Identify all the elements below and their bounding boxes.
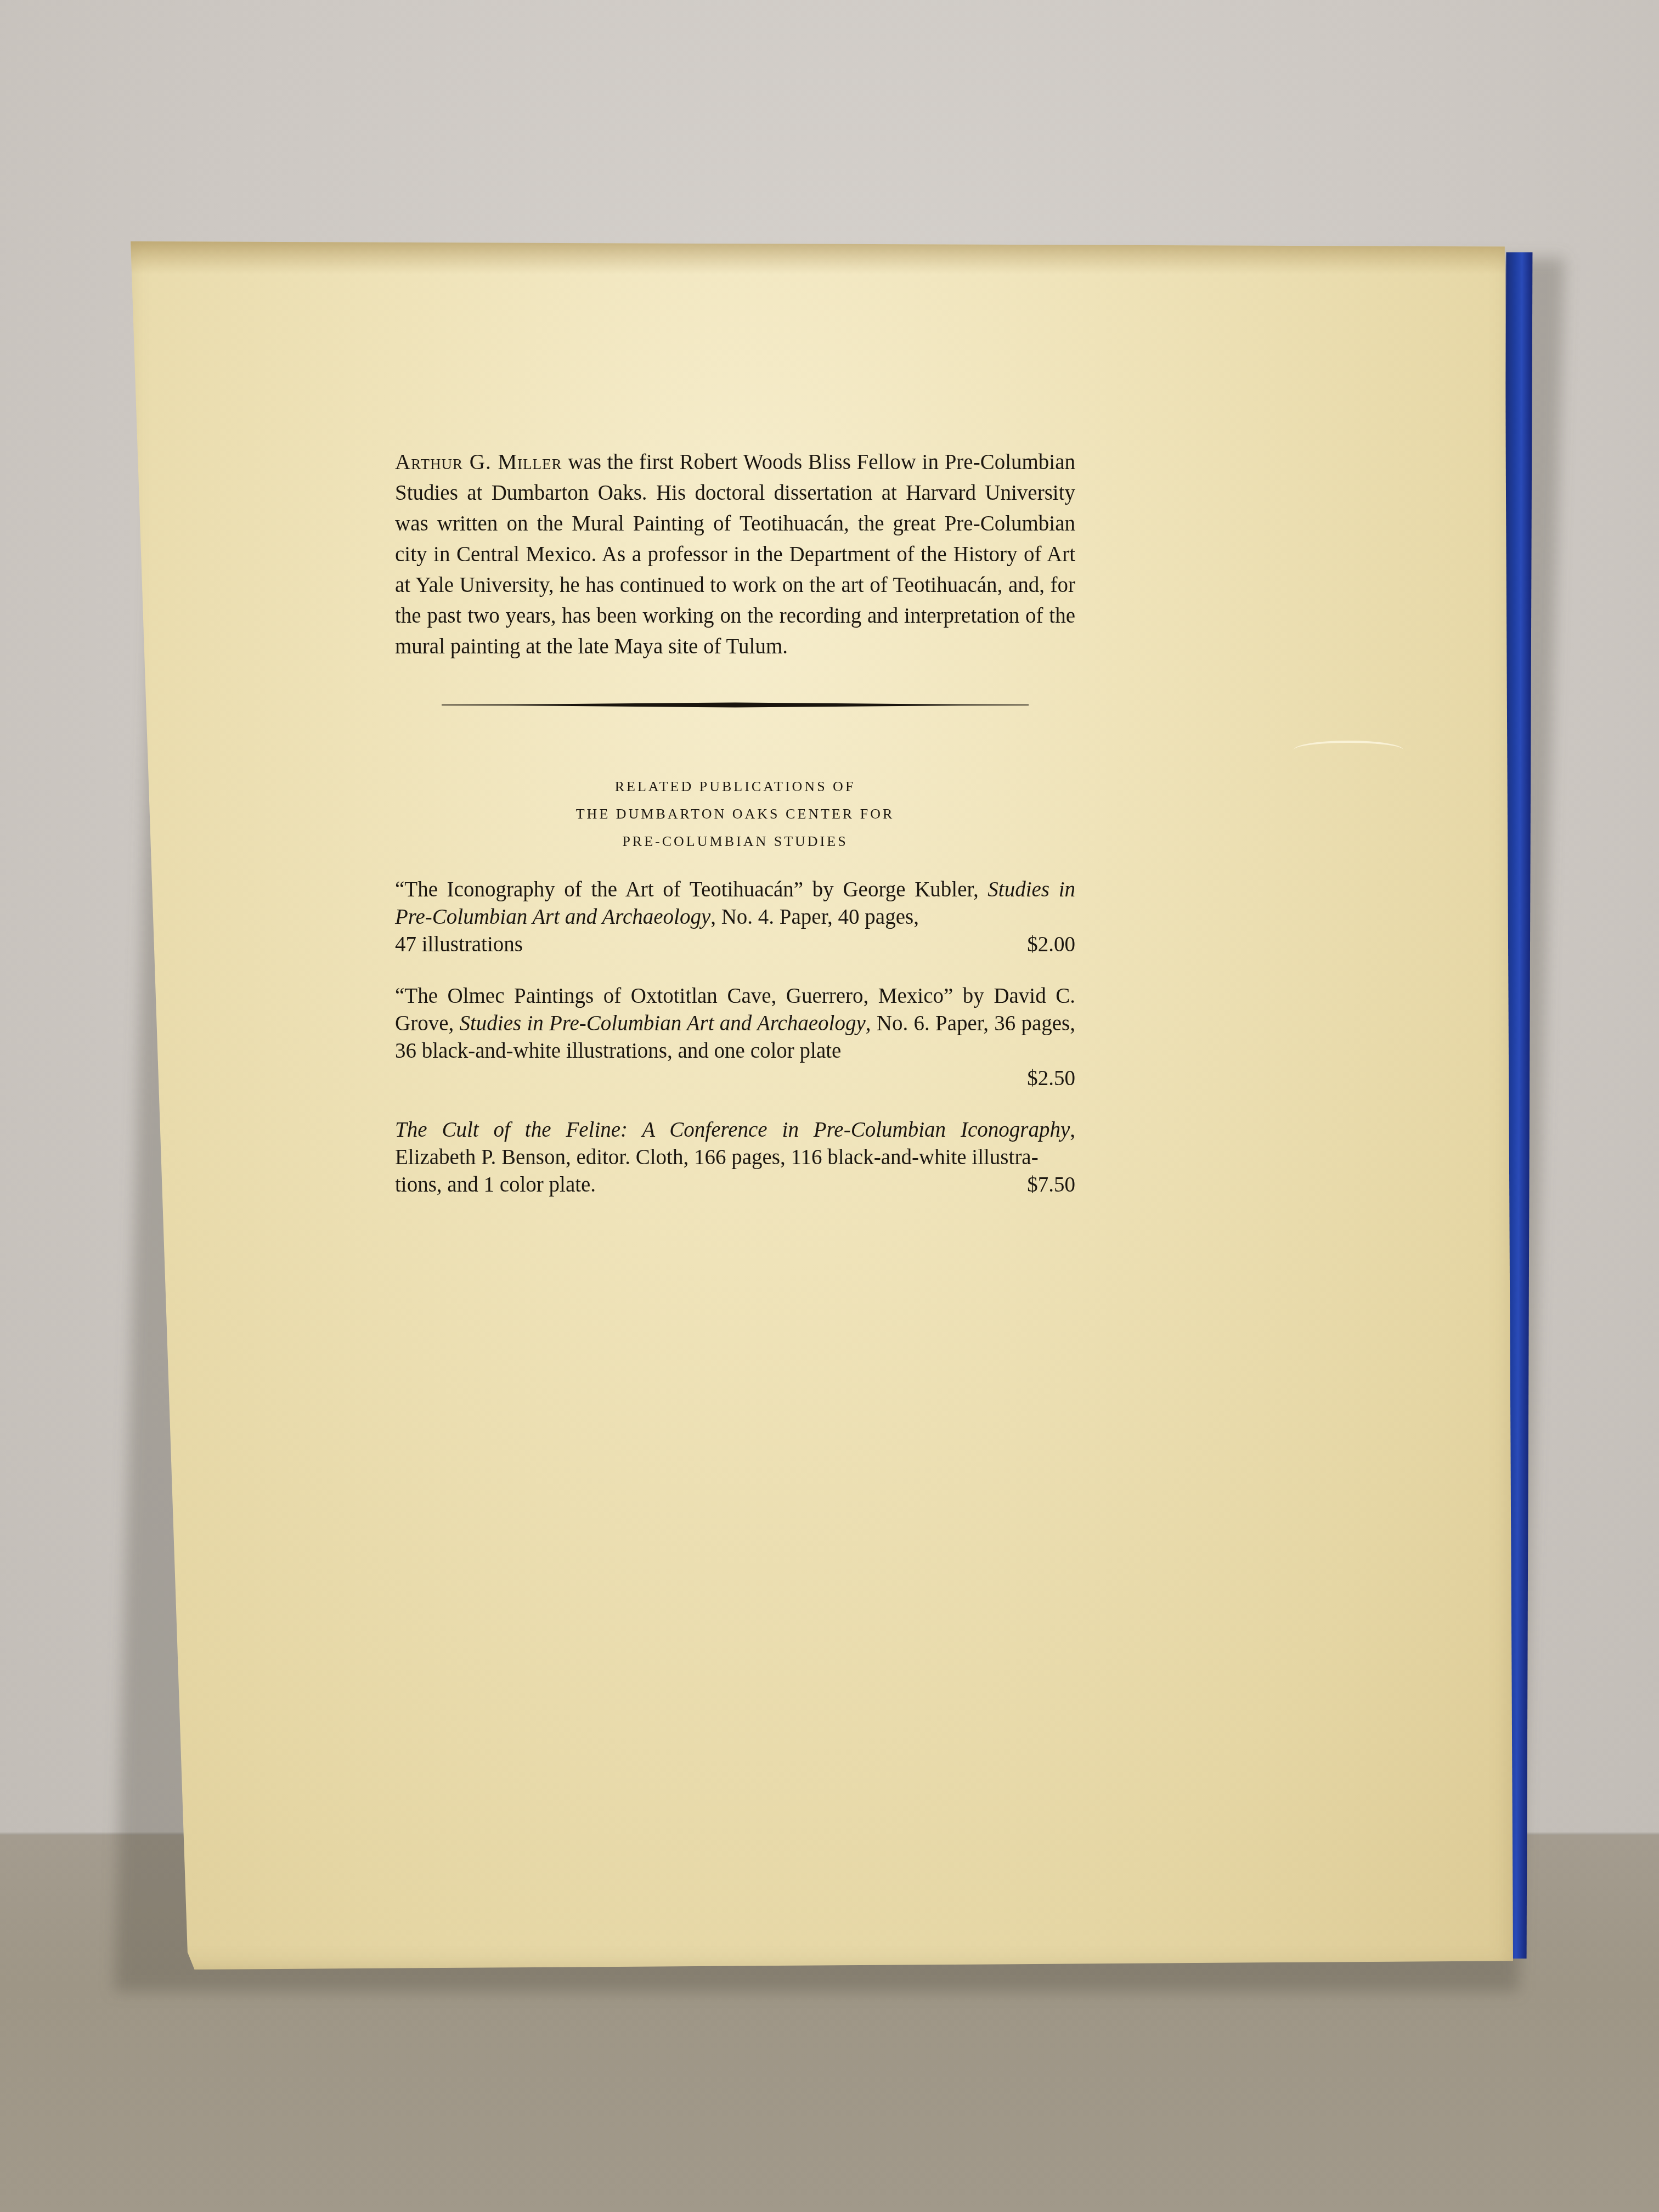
author-name: Arthur G. Miller: [395, 450, 562, 474]
ornamental-divider: [442, 702, 1029, 708]
author-bio-text: was the first Robert Woods Bliss Fellow …: [395, 450, 1075, 658]
publication-details: , No. 4. Paper, 40 pages,: [710, 905, 919, 929]
heading-line: Pre-Columbian Studies: [395, 828, 1075, 855]
publication-details-end: 47 illustrations: [395, 931, 523, 958]
publication-price: $2.00: [1027, 931, 1075, 958]
publication-item: The Cult of the Feline: A Conference in …: [395, 1116, 1075, 1199]
publication-title: The Cult of the Feline: A Conference in …: [395, 1118, 1070, 1142]
heading-line: Related Publications of: [395, 773, 1075, 800]
cover-text: Arthur G. Miller was the first Robert Wo…: [395, 447, 1075, 1223]
publication-item: “The Iconography of the Art of Teotihuac…: [395, 876, 1075, 958]
publication-series: Studies in Pre-Columbian Art and Archaeo…: [459, 1012, 865, 1035]
worn-top-edge: [125, 241, 1513, 274]
tapered-rule-icon: [442, 702, 1029, 708]
heading-line: The Dumbarton Oaks Center for: [395, 800, 1075, 828]
publication-details-end: tions, and 1 color plate.: [395, 1171, 596, 1199]
publication-price: $7.50: [1027, 1171, 1075, 1199]
related-publications-heading: Related Publications of The Dumbarton Oa…: [395, 773, 1075, 855]
publication-item: “The Olmec Paintings of Oxtotitlan Cave,…: [395, 983, 1075, 1092]
paper-crease: [1294, 741, 1403, 759]
publication-price: $2.50: [1027, 1065, 1075, 1092]
author-bio: Arthur G. Miller was the first Robert Wo…: [395, 447, 1075, 662]
publication-title: “The Iconography of the Art of Teotihuac…: [395, 878, 988, 901]
publication-list: “The Iconography of the Art of Teotihuac…: [395, 876, 1075, 1199]
